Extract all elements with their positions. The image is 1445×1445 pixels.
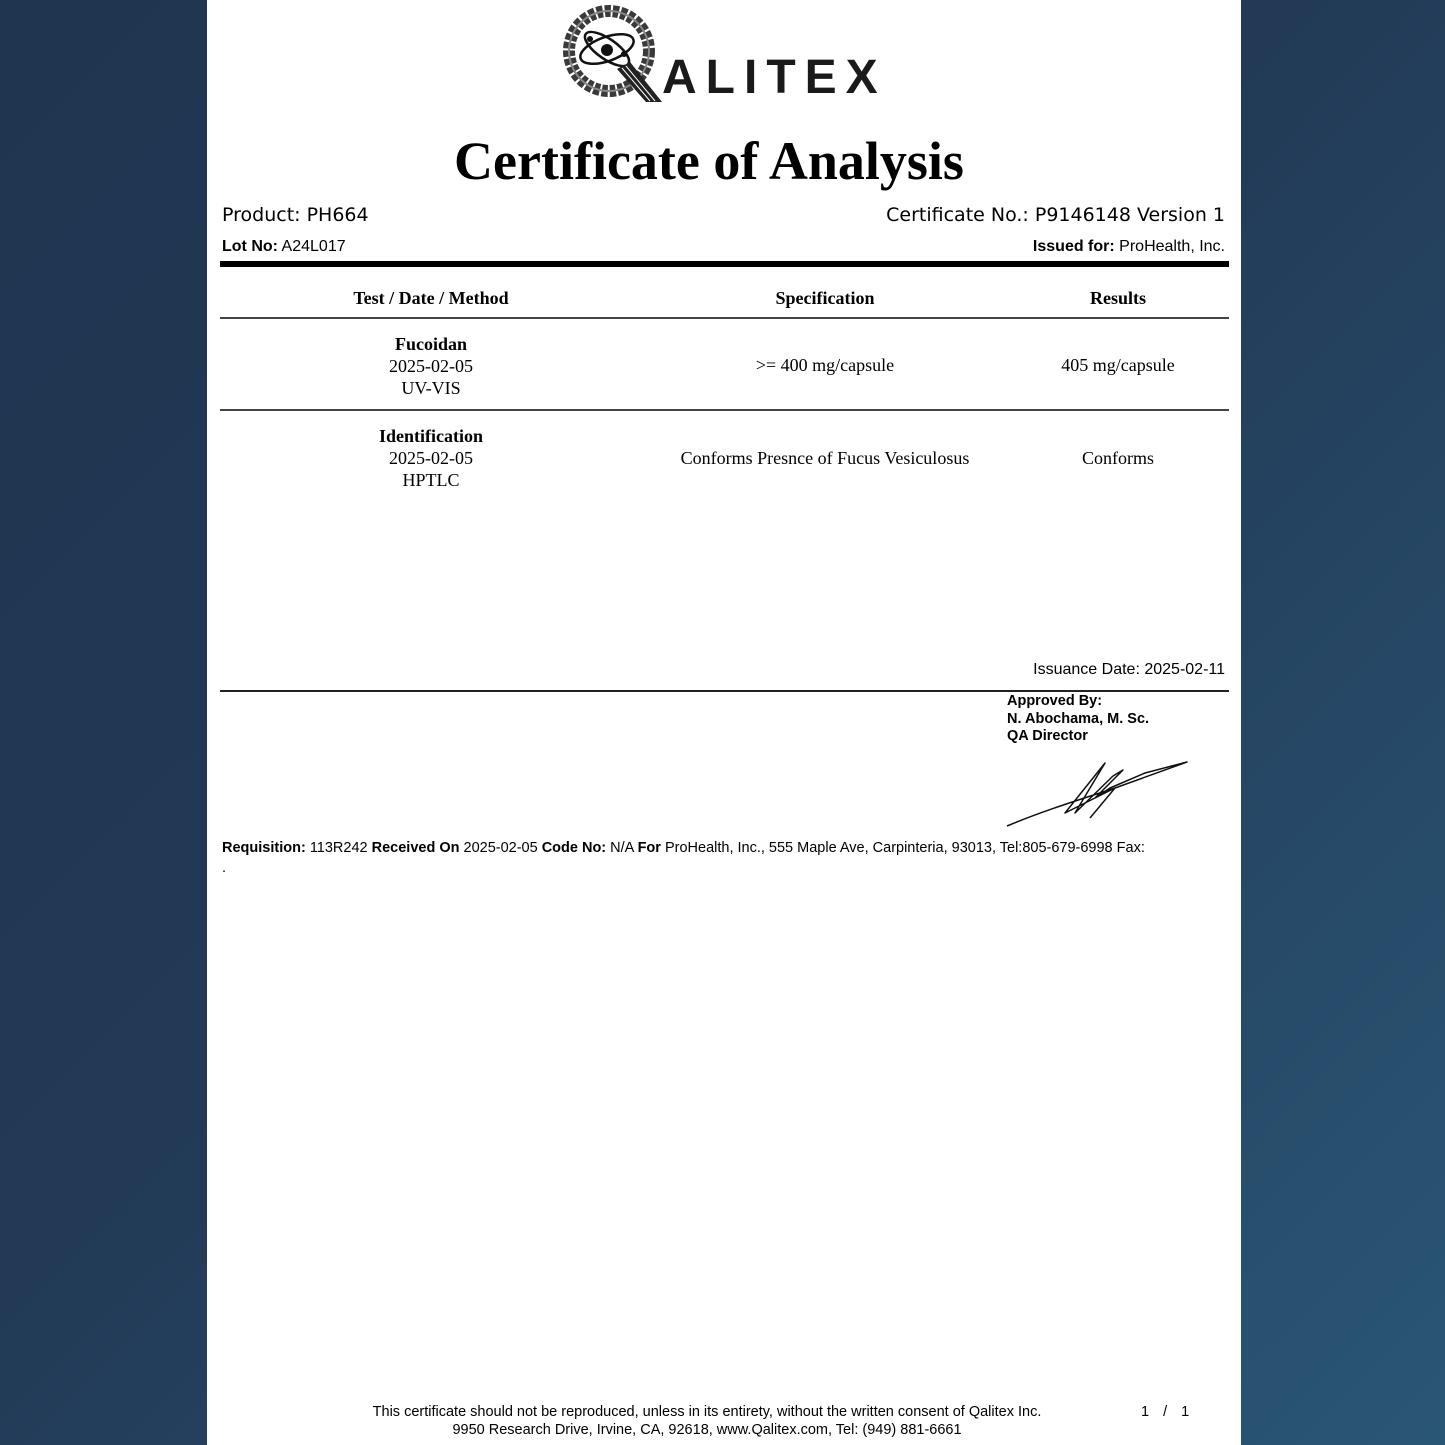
approved-by-label: Approved By: — [1007, 693, 1149, 711]
product-value: PH664 — [307, 204, 369, 226]
for-label: For — [638, 840, 661, 856]
test-date: 2025-02-05 — [331, 447, 531, 469]
issued-value: ProHealth, Inc. — [1119, 238, 1225, 255]
result-cell: 405 mg/capsule — [1018, 354, 1218, 376]
requisition-trailing: . — [222, 858, 1232, 878]
lot-value: A24L017 — [282, 238, 346, 255]
logo-wordmark: ALITEX — [662, 54, 887, 102]
certificate-label: Certificate No.: — [886, 204, 1029, 226]
requisition-value: 113R242 — [310, 840, 368, 856]
received-label: Received On — [372, 840, 460, 856]
company-logo: ALITEX — [562, 4, 882, 104]
certificate-value: P9146148 Version 1 — [1035, 204, 1225, 226]
test-method: HPTLC — [331, 469, 531, 491]
received-value: 2025-02-05 — [464, 840, 538, 856]
table-header-divider — [220, 317, 1229, 319]
column-header-specification: Specification — [625, 288, 1025, 309]
test-date: 2025-02-05 — [331, 355, 531, 377]
test-name: Identification — [331, 425, 531, 447]
issued-label: Issued for: — [1033, 238, 1115, 255]
requisition-info: Requisition: 113R242 Received On 2025-02… — [222, 838, 1232, 878]
issued-for-field: Issued for: ProHealth, Inc. — [1033, 238, 1225, 256]
requisition-label: Requisition: — [222, 840, 306, 856]
page-number: 1 / 1 — [1141, 1404, 1189, 1420]
issuance-label: Issuance Date: — [1033, 661, 1140, 678]
approver-role: QA Director — [1007, 728, 1149, 746]
specification-cell: >= 400 mg/capsule — [625, 354, 1025, 376]
code-value: N/A — [610, 840, 633, 856]
test-method: UV-VIS — [331, 377, 531, 399]
issuance-value: 2025-02-11 — [1144, 661, 1225, 678]
test-cell: Identification 2025-02-05 HPTLC — [331, 425, 531, 491]
approval-divider — [220, 690, 1229, 692]
approver-name: N. Abochama, M. Sc. — [1007, 711, 1149, 729]
product-label: Product: — [222, 204, 301, 226]
header-divider — [220, 261, 1229, 267]
footer-disclaimer: This certificate should not be reproduce… — [327, 1404, 1087, 1439]
lot-label: Lot No: — [222, 238, 278, 255]
issuance-date: Issuance Date: 2025-02-11 — [1033, 661, 1225, 679]
test-name: Fucoidan — [331, 333, 531, 355]
page-title: Certificate of Analysis — [207, 134, 1211, 188]
specification-cell: Conforms Presnce of Fucus Vesiculosus — [625, 447, 1025, 469]
signature-icon — [1005, 758, 1190, 833]
result-cell: Conforms — [1018, 447, 1218, 469]
code-label: Code No: — [542, 840, 606, 856]
test-cell: Fucoidan 2025-02-05 UV-VIS — [331, 333, 531, 399]
certificate-number-field: Certificate No.: P9146148 Version 1 — [886, 204, 1225, 226]
certificate-page: ALITEX Certificate of Analysis Product: … — [207, 0, 1241, 1445]
product-field: Product: PH664 — [222, 204, 369, 226]
column-header-test: Test / Date / Method — [331, 288, 531, 309]
lot-field: Lot No: A24L017 — [222, 238, 346, 256]
approval-block: Approved By: N. Abochama, M. Sc. QA Dire… — [1007, 693, 1149, 746]
column-header-results: Results — [1018, 288, 1218, 309]
footer-line-2: 9950 Research Drive, Irvine, CA, 92618, … — [327, 1422, 1087, 1440]
row-divider — [220, 409, 1229, 411]
footer-line-1: This certificate should not be reproduce… — [327, 1404, 1087, 1422]
qalitex-atom-q-logo-icon — [562, 4, 667, 104]
for-value: ProHealth, Inc., 555 Maple Ave, Carpinte… — [665, 840, 1145, 856]
